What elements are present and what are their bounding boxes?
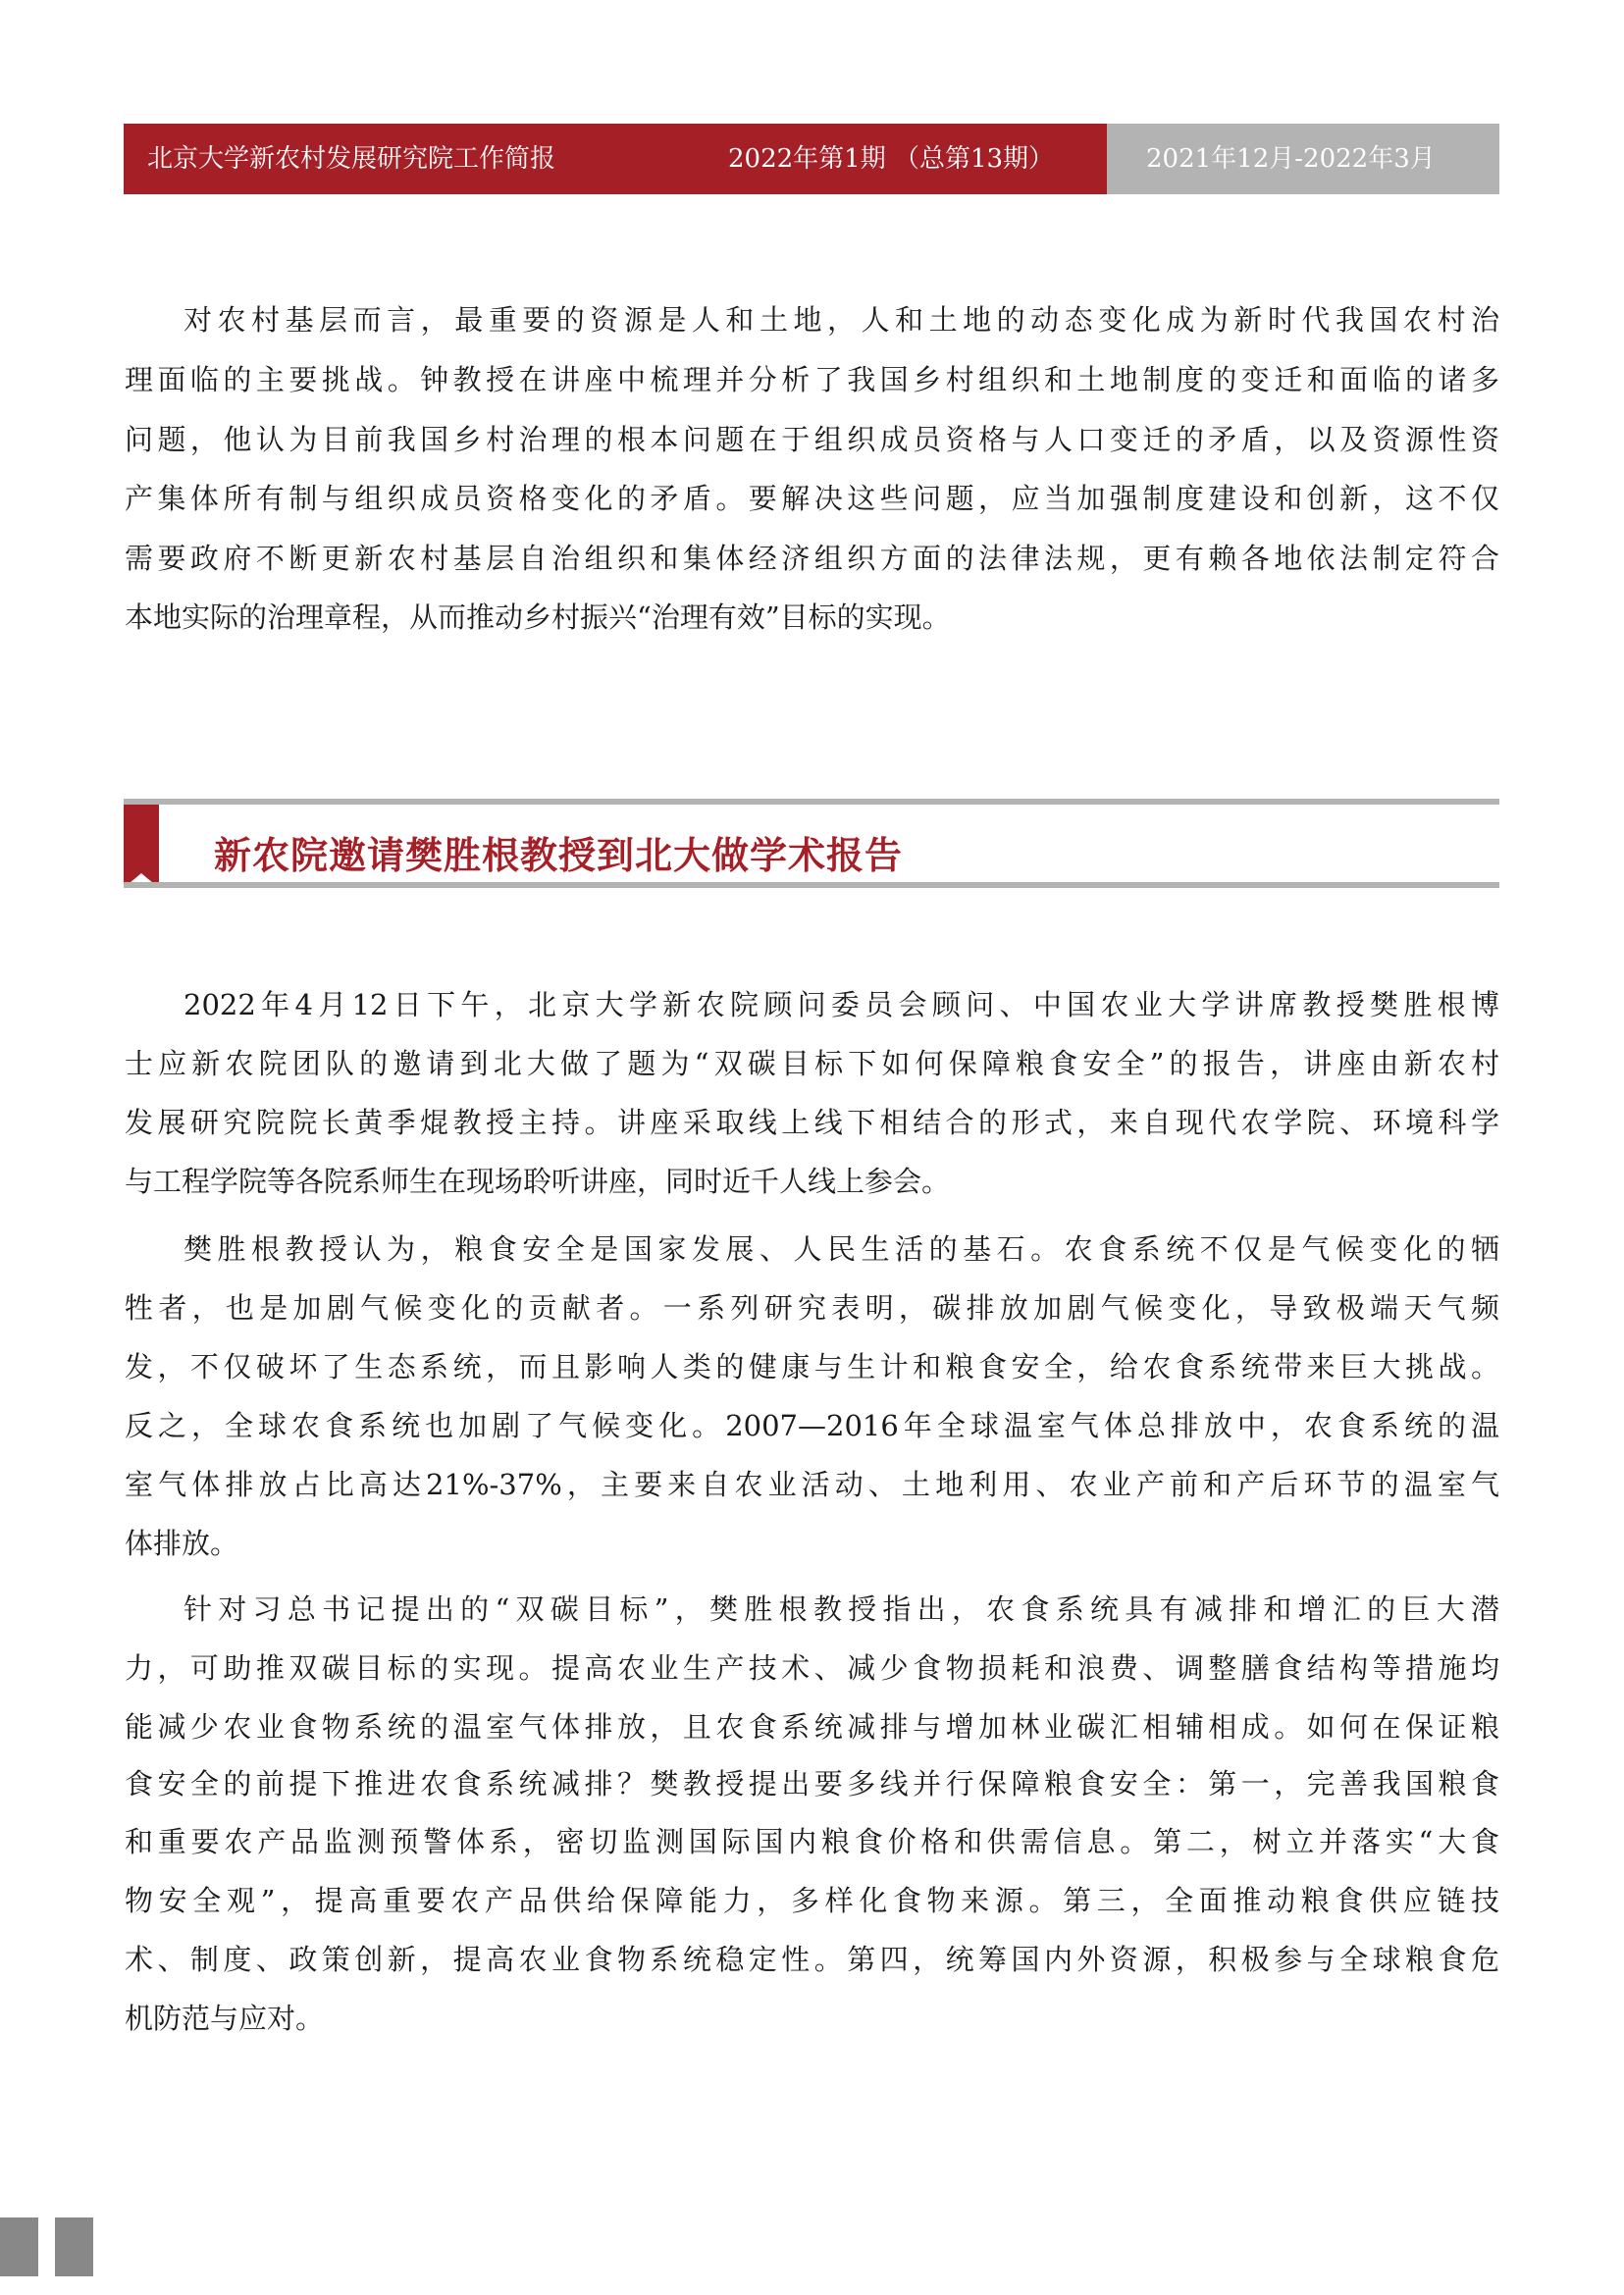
paragraph-line: 需要政府不断更新农村基层自治组织和集体经济组织方面的法律法规，更有赖各地依法制定… — [125, 541, 1499, 576]
paragraph-line: 与工程学院等各院系师生在现场聆听讲座，同时近千人线上参会。 — [125, 1164, 1499, 1199]
paragraph-line: 发，不仅破坏了生态系统，而且影响人类的健康与生计和粮食安全，给农食系统带来巨大挑… — [125, 1349, 1499, 1384]
issue-period: 2021年12月-2022年3月 — [1146, 143, 1436, 175]
header-red-band: 北京大学新农村发展研究院工作简报 2022年第1期 （总第13期） — [124, 124, 1107, 194]
paragraph-line: 室气体排放占比高达21%-37%，主要来自农业活动、土地利用、农业产前和产后环节… — [125, 1467, 1499, 1502]
section-rule-bottom — [124, 882, 1499, 888]
section-rule-top — [124, 799, 1499, 805]
paragraph-line: 能减少农业食物系统的温室气体排放，且农食系统减排与增加林业碳汇相辅相成。如何在保… — [125, 1709, 1499, 1745]
paragraph-line: 机防范与应对。 — [125, 2001, 1499, 2036]
page-header-bar: 北京大学新农村发展研究院工作简报 2022年第1期 （总第13期） 2021年1… — [124, 124, 1499, 194]
paragraph-line: 问题，他认为目前我国乡村治理的根本问题在于组织成员资格与人口变迁的矛盾，以及资源… — [125, 422, 1499, 457]
paragraph-line: 对农村基层而言，最重要的资源是人和土地，人和土地的动态变化成为新时代我国农村治 — [125, 302, 1499, 338]
bookmark-icon — [124, 805, 159, 883]
page-edge-tab — [55, 2217, 93, 2276]
paragraph-line: 理面临的主要挑战。钟教授在讲座中梳理并分析了我国乡村组织和土地制度的变迁和面临的… — [125, 362, 1499, 397]
paragraph-line: 产集体所有制与组织成员资格变化的矛盾。要解决这些问题，应当加强制度建设和创新，这… — [125, 481, 1499, 516]
publication-title: 北京大学新农村发展研究院工作简报 — [147, 143, 555, 175]
paragraph-line: 体排放。 — [125, 1526, 1499, 1561]
paragraph-line: 发展研究院院长黄季焜教授主持。讲座采取线上线下相结合的形式，来自现代农学院、环境… — [125, 1105, 1499, 1140]
paragraph-line: 物安全观”，提高重要农产品供给保障能力，多样化食物来源。第三，全面推动粮食供应链… — [125, 1883, 1499, 1918]
paragraph-line: 牲者，也是加剧气候变化的贡献者。一系列研究表明，碳排放加剧气候变化，导致极端天气… — [125, 1290, 1499, 1326]
page-edge-tab — [0, 2217, 38, 2276]
issue-number: 2022年第1期 （总第13期） — [728, 143, 1054, 175]
paragraph-line: 术、制度、政策创新，提高农业食物系统稳定性。第四，统筹国内外资源，积极参与全球粮… — [125, 1942, 1499, 1977]
paragraph-line: 食安全的前提下推进农食系统减排？樊教授提出要多线并行保障粮食安全：第一，完善我国… — [125, 1766, 1499, 1801]
paragraph-line: 力，可助推双碳目标的实现。提高农业生产技术、减少食物损耗和浪费、调整膳食结构等措… — [125, 1650, 1499, 1686]
paragraph-line: 樊胜根教授认为，粮食安全是国家发展、人民生活的基石。农食系统不仅是气候变化的牺 — [125, 1231, 1499, 1267]
paragraph-line: 和重要农产品监测预警体系，密切监测国际国内粮食价格和供需信息。第二，树立并落实“… — [125, 1824, 1499, 1859]
paragraph-line: 反之，全球农食系统也加剧了气候变化。2007—2016年全球温室气体总排放中，农… — [125, 1408, 1499, 1443]
paragraph-line: 本地实际的治理章程，从而推动乡村振兴“治理有效”目标的实现。 — [125, 600, 1499, 635]
paragraph-line: 士应新农院团队的邀请到北大做了题为“双碳目标下如何保障粮食安全”的报告，讲座由新… — [125, 1046, 1499, 1081]
header-gray-band: 2021年12月-2022年3月 — [1107, 124, 1499, 194]
paragraph-line: 针对习总书记提出的“双碳目标”，樊胜根教授指出，农食系统具有减排和增汇的巨大潜 — [125, 1591, 1499, 1627]
paragraph-line: 2022年4月12日下午，北京大学新农院顾问委员会顾问、中国农业大学讲席教授樊胜… — [125, 987, 1499, 1022]
section-title: 新农院邀请樊胜根教授到北大做学术报告 — [214, 834, 903, 877]
